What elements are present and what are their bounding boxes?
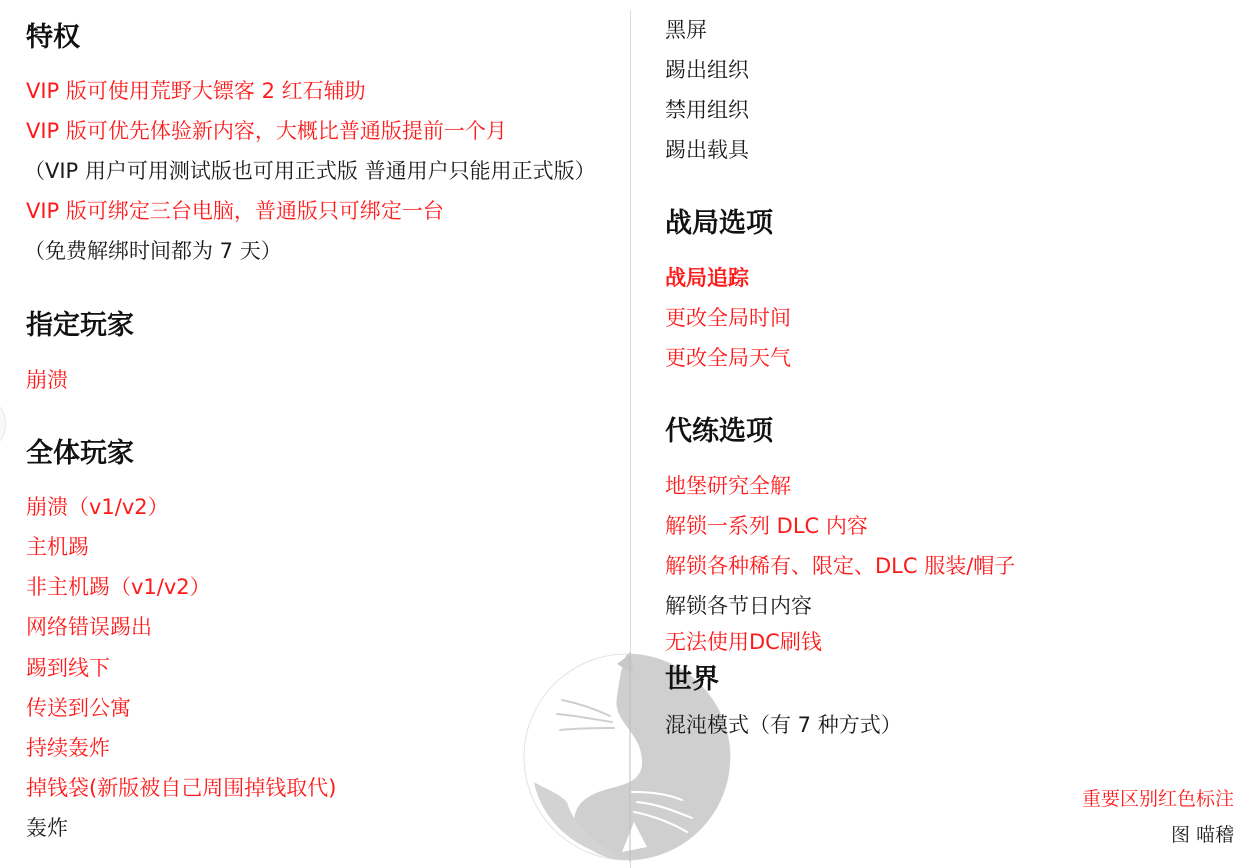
footer-credit: 图 喵稽 — [1171, 826, 1234, 845]
section-heading-all-players: 全体玩家 — [26, 440, 134, 467]
all-players-item: 持续轰炸 — [26, 738, 110, 759]
section-heading-privileges: 特权 — [26, 24, 80, 51]
all-players-item: 踢到线下 — [26, 658, 110, 679]
boost-option-item: 无法使用DC刷钱 — [665, 632, 822, 653]
all-players-item-continued: 踢出载具 — [665, 140, 749, 161]
all-players-item-continued: 禁用组织 — [665, 100, 749, 121]
edge-artifact — [0, 405, 6, 443]
privilege-item: VIP 版可使用荒野大镖客 2 红石辅助 — [26, 81, 366, 102]
all-players-item: 掉钱袋(新版被自己周围掉钱取代) — [26, 778, 336, 799]
all-players-item-continued: 踢出组织 — [665, 60, 749, 81]
boost-option-item: 解锁各节日内容 — [665, 596, 812, 617]
privilege-item: VIP 版可优先体验新内容，大概比普通版提前一个月 — [26, 121, 507, 142]
privilege-note: （免费解绑时间都为 7 天） — [24, 241, 282, 262]
world-item: 混沌模式（有 7 种方式） — [665, 715, 902, 736]
boost-option-item: 解锁各种稀有、限定、DLC 服装/帽子 — [665, 556, 1015, 577]
boost-option-item: 解锁一系列 DLC 内容 — [665, 516, 868, 537]
session-option-item: 战局追踪 — [665, 268, 749, 289]
section-heading-specific-player: 指定玩家 — [26, 312, 134, 339]
all-players-item: 传送到公寓 — [26, 698, 131, 719]
privilege-note: （VIP 用户可用测试版也可用正式版 普通用户只能用正式版） — [24, 161, 596, 182]
footer-note: 重要区别红色标注 — [1082, 790, 1234, 809]
section-heading-boost-options: 代练选项 — [665, 418, 773, 445]
all-players-item: 轰炸 — [26, 818, 68, 839]
section-heading-session-options: 战局选项 — [665, 210, 773, 237]
boost-option-item: 地堡研究全解 — [665, 476, 791, 497]
all-players-item: 崩溃（v1/v2） — [26, 497, 169, 518]
all-players-item-continued: 黑屏 — [665, 20, 707, 41]
all-players-item: 主机踢 — [26, 537, 89, 558]
section-heading-world: 世界 — [665, 666, 719, 693]
all-players-item: 网络错误踢出 — [26, 617, 152, 638]
privilege-item: VIP 版可绑定三台电脑，普通版只可绑定一台 — [26, 201, 444, 222]
specific-player-item: 崩溃 — [26, 370, 68, 391]
session-option-item: 更改全局天气 — [665, 348, 791, 369]
session-option-item: 更改全局时间 — [665, 308, 791, 329]
all-players-item: 非主机踢（v1/v2） — [26, 577, 211, 598]
